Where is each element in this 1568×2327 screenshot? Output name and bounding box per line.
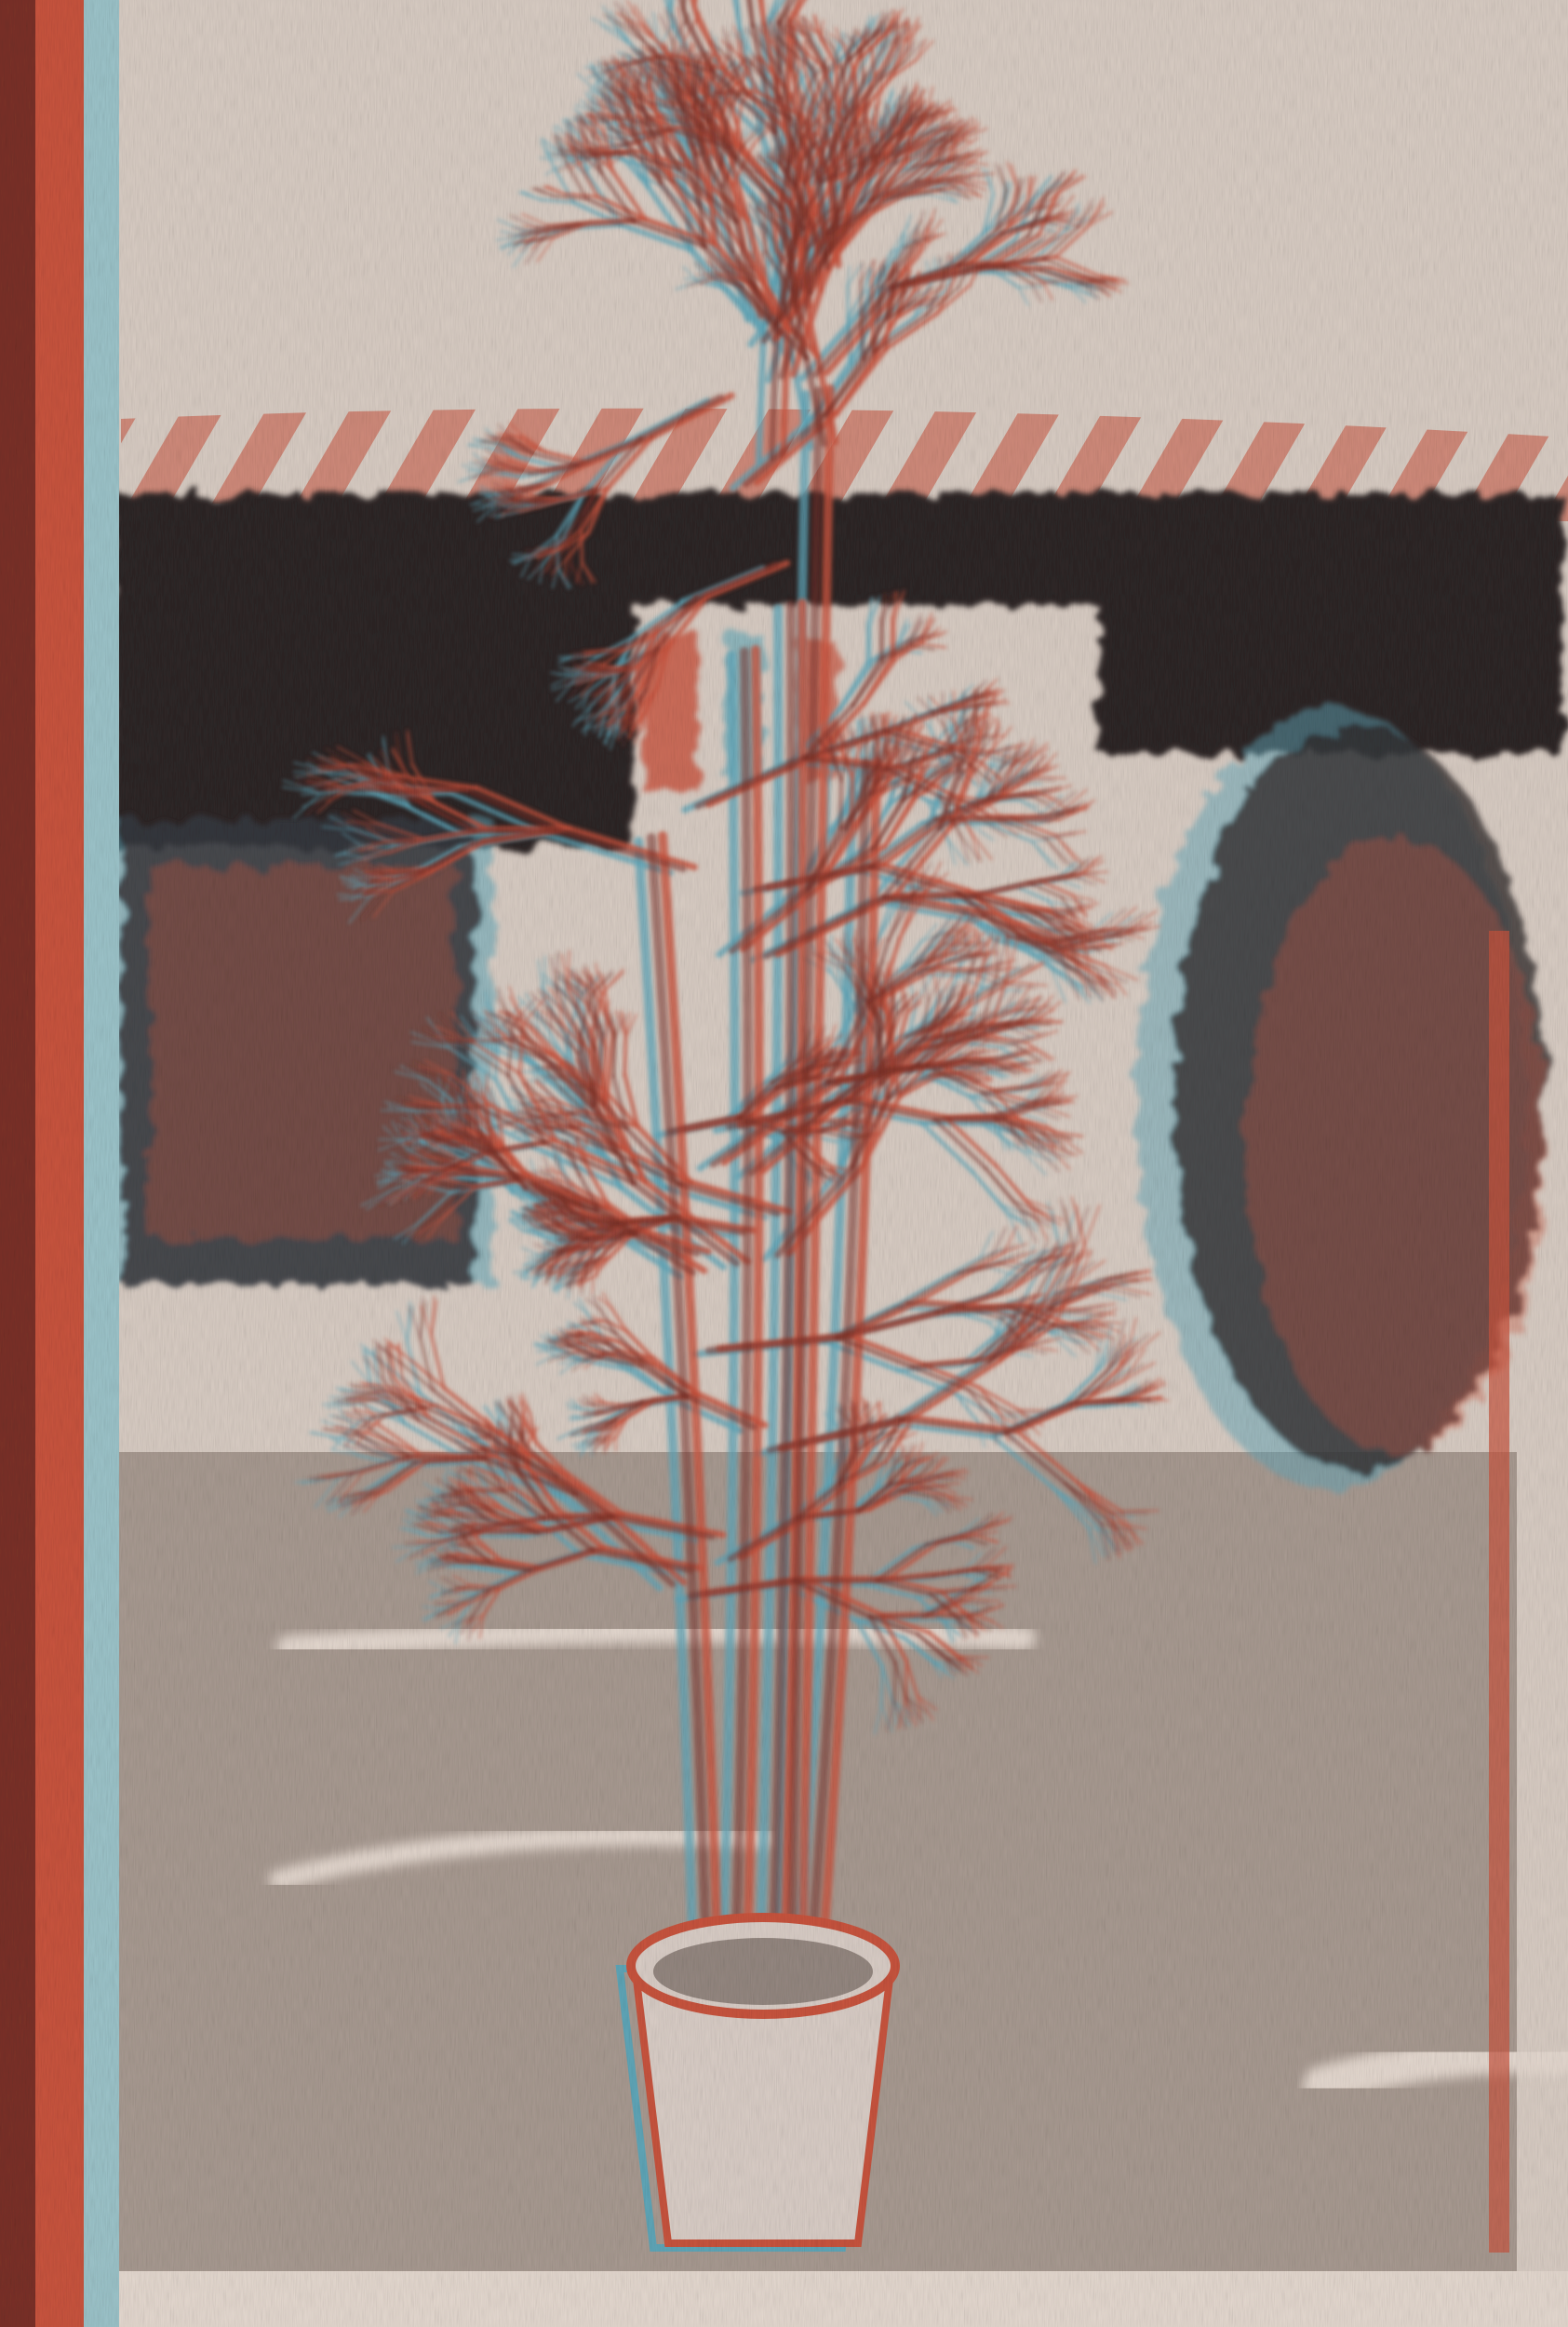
plant-pot [620,1917,895,2248]
painting-canvas [0,0,1568,2327]
